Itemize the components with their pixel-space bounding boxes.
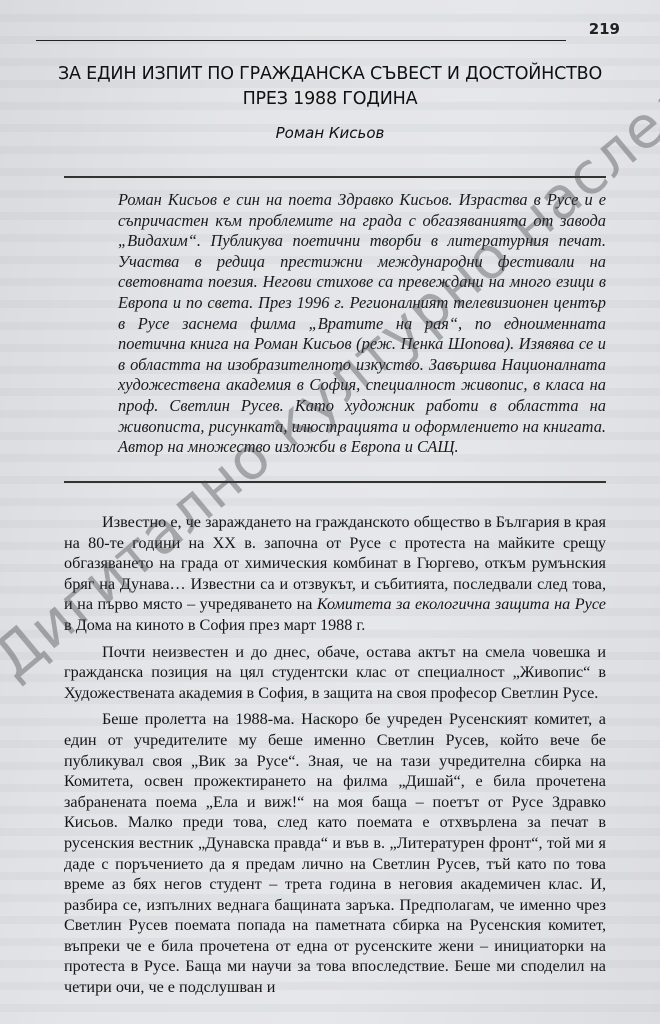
bio-bottom-rule: [64, 481, 606, 483]
article-title: За един изпит по гражданска съвест и дос…: [40, 62, 620, 112]
title-line-2: през 1988 година: [40, 87, 620, 112]
running-header: 219: [36, 20, 626, 48]
bio-top-rule: [64, 176, 606, 178]
article-author: Роман Кисьов: [40, 124, 620, 142]
paragraph-2: Почти неизвестен и до днес, обаче, остав…: [64, 642, 606, 704]
page-number: 219: [589, 20, 620, 38]
title-line-1: За един изпит по гражданска съвест и дос…: [40, 62, 620, 87]
paragraph-1: Известно е, че зараждането на гражданско…: [64, 512, 606, 636]
header-rule: [36, 40, 566, 41]
paragraph-3: Беше пролетта на 1988-ма. Наскоро бе учр…: [64, 709, 606, 997]
article-body: Известно е, че зараждането на гражданско…: [64, 512, 606, 1004]
author-bio: Роман Кисьов е син на поета Здравко Кись…: [118, 190, 606, 458]
committee-name: Комитета за екологична защита на Русе: [317, 595, 606, 613]
book-page: 219 За един изпит по гражданска съвест и…: [0, 0, 660, 1024]
